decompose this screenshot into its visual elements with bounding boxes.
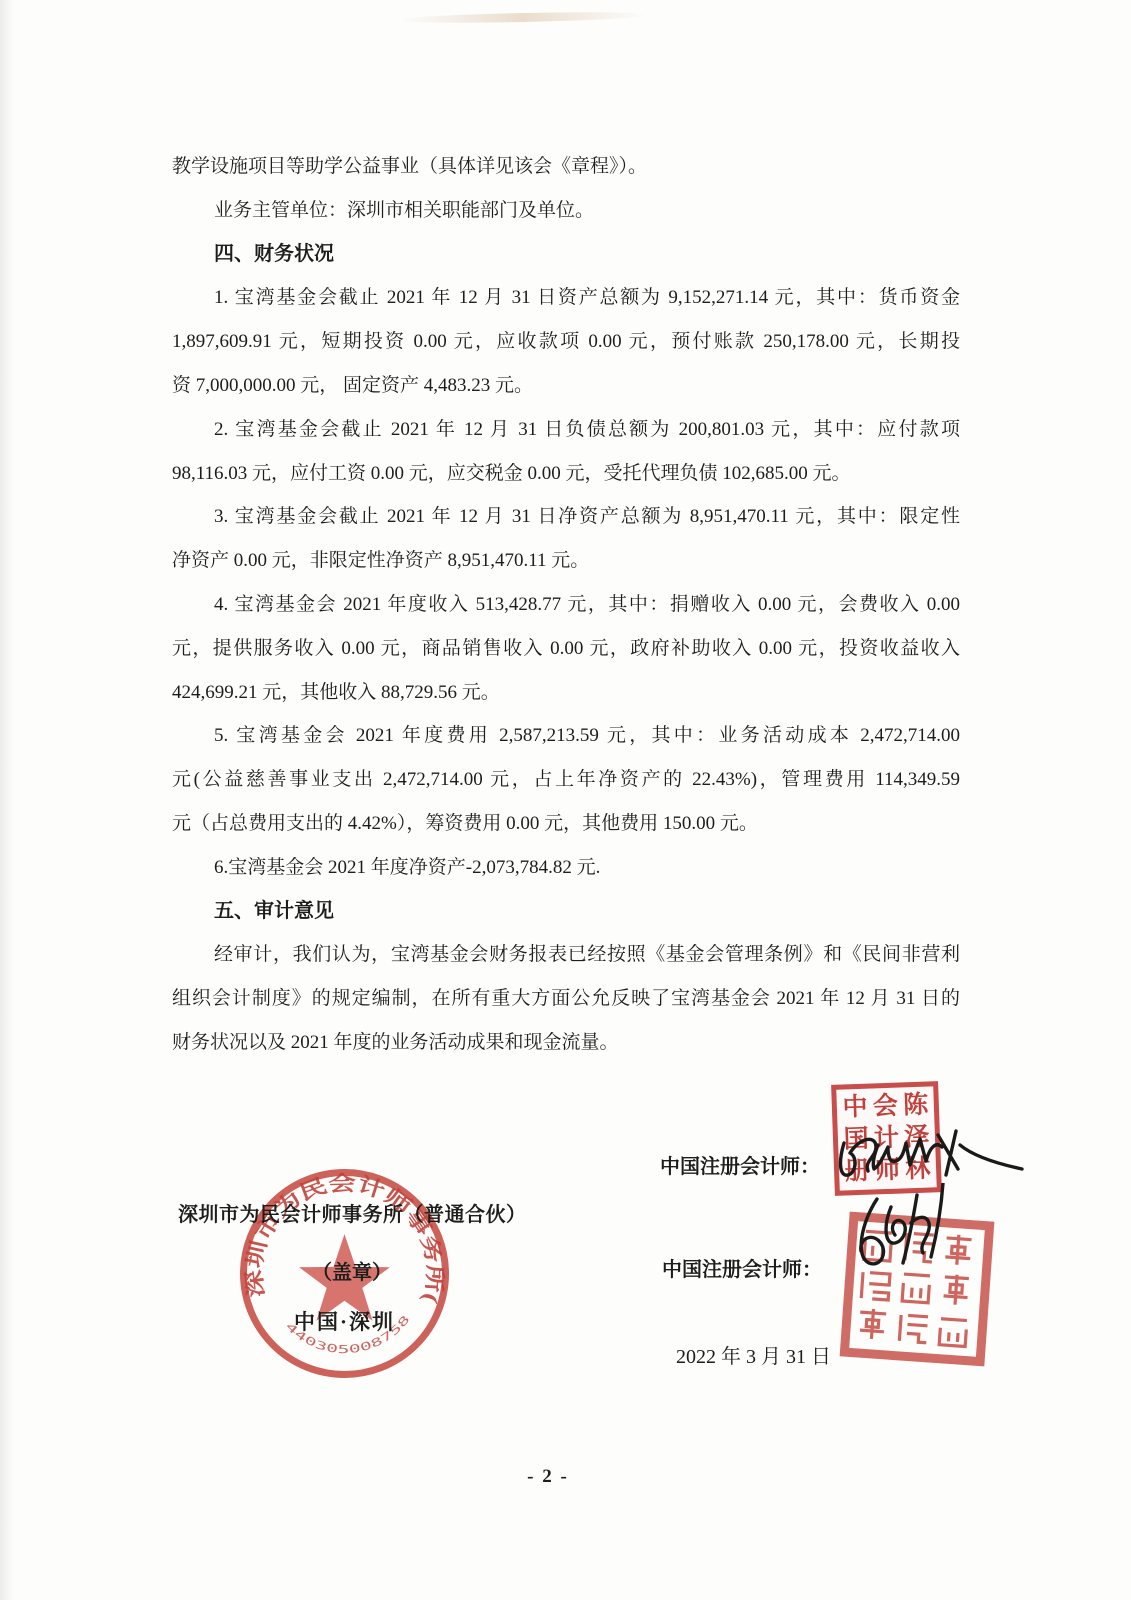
body-line: 元(公益慈善事业支出 2,472,714.00 元，占上年净资产的 22.43%… — [172, 758, 960, 802]
scanned-audit-report-page: 教学设施项目等助学公益事业（具体详见该会《章程》）。 业务主管单位：深圳市相关职… — [0, 0, 1131, 1600]
body-line: 3. 宝湾基金会截止 2021 年 12 月 31 日净资产总额为 8,951,… — [172, 495, 960, 539]
body-line: 元（占总费用支出的 4.42%），筹资费用 0.00 元，其他费用 150.00… — [172, 802, 960, 846]
body-line: 98,116.03 元，应付工资 0.00 元，应交税金 0.00 元，受托代理… — [172, 452, 960, 496]
body-line: 2. 宝湾基金会截止 2021 年 12 月 31 日负债总额为 200,801… — [172, 408, 960, 452]
body-line: 1. 宝湾基金会截止 2021 年 12 月 31 日资产总额为 9,152,2… — [172, 276, 960, 320]
body-line: 6.宝湾基金会 2021 年度净资产-2,073,784.82 元. — [172, 846, 960, 890]
cpa-signature-2 — [843, 1183, 995, 1295]
body-line: 经审计，我们认为，宝湾基金会财务报表已经按照《基金会管理条例》和《民间非营利 — [172, 933, 960, 977]
scan-edge-shadow — [0, 0, 14, 1600]
seal-here-note: （盖章） — [312, 1256, 392, 1285]
cpa-label-1: 中国注册会计师： — [660, 1150, 820, 1179]
body-line: 424,699.21 元，其他收入 88,729.56 元。 — [172, 671, 960, 715]
body-line: 净资产 0.00 元，非限定性净资产 8,951,470.11 元。 — [172, 539, 960, 583]
report-body: 教学设施项目等助学公益事业（具体详见该会《章程》）。 业务主管单位：深圳市相关职… — [172, 145, 960, 1065]
firm-name-line: 深圳市为民会计师事务所（普通合伙） — [178, 1198, 527, 1227]
body-line: 教学设施项目等助学公益事业（具体详见该会《章程》）。 — [172, 145, 960, 189]
cpa-label-2: 中国注册会计师： — [662, 1253, 822, 1282]
body-line: 4. 宝湾基金会 2021 年度收入 513,428.77 元，其中：捐赠收入 … — [172, 583, 960, 627]
place-line: 中国·深圳 — [294, 1306, 395, 1336]
body-line: 元，提供服务收入 0.00 元，商品销售收入 0.00 元，政府补助收入 0.0… — [172, 627, 960, 671]
section-heading-audit-opinion: 五、审计意见 — [172, 890, 960, 934]
body-line: 财务状况以及 2021 年度的业务活动成果和现金流量。 — [172, 1021, 960, 1065]
body-line: 业务主管单位：深圳市相关职能部门及单位。 — [172, 189, 960, 233]
cpa-signature-1 — [830, 1105, 1030, 1195]
scan-artifact — [398, 10, 648, 24]
body-line: 组织会计制度》的规定编制，在所有重大方面公允反映了宝湾基金会 2021 年 12… — [172, 977, 960, 1021]
body-line: 5. 宝湾基金会 2021 年度费用 2,587,213.59 元，其中：业务活… — [172, 714, 960, 758]
body-line: 资 7,000,000.00 元， 固定资产 4,483.23 元。 — [172, 364, 960, 408]
section-heading-finance: 四、财务状况 — [172, 233, 960, 277]
page-number: - 2 - — [0, 1466, 1096, 1488]
body-line: 1,897,609.91 元，短期投资 0.00 元，应收款项 0.00 元，预… — [172, 320, 960, 364]
report-date: 2022 年 3 月 31 日 — [676, 1340, 831, 1369]
